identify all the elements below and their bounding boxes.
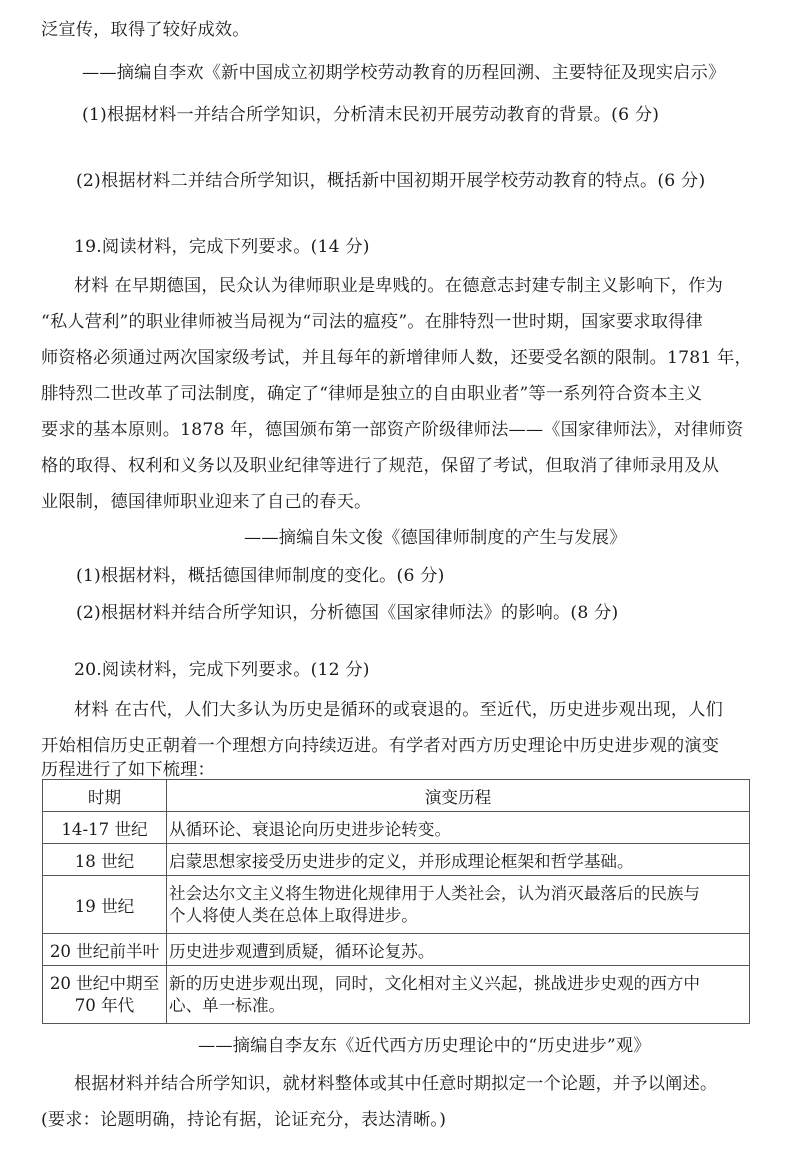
table-cell-process: 从循环论、衰退论向历史进步论转变。 xyxy=(167,812,750,844)
q19-sub2: (2)根据材料并结合所学知识，分析德国《国家律师法》的影响。(8 分) xyxy=(76,603,618,623)
q19-material-line: 业限制，德国律师职业迎来了自己的春天。 xyxy=(41,492,371,512)
table-cell-line: 社会达尔文主义将生物进化规律用于人类社会，认为消灭最落后的民族与 xyxy=(169,883,749,905)
table-cell-process: 历史进步观遭到质疑，循环论复苏。 xyxy=(167,934,750,966)
table-cell-line: 个人将使人类在总体上取得进步。 xyxy=(169,905,749,927)
q19-material-line: 材料 在早期德国，民众认为律师职业是卑贱的。在德意志封建专制主义影响下，作为 xyxy=(74,276,723,296)
q19-material-line: 格的取得、权利和义务以及职业纪律等进行了规范，保留了考试，但取消了律师录用及从 xyxy=(41,456,719,476)
table-cell-process: 新的历史进步观出现，同时，文化相对主义兴起，挑战进步史观的西方中 心、单一标准。 xyxy=(167,966,750,1024)
q19-material-line: 腓特烈二世改革了司法制度，确定了“律师是独立的自由职业者”等一系列符合资本主义 xyxy=(41,384,702,404)
q20-title: 20.阅读材料，完成下列要求。(12 分) xyxy=(74,660,370,680)
q20-prompt: 根据材料并结合所学知识，就材料整体或其中任意时期拟定一个论题，并予以阐述。 xyxy=(74,1074,717,1094)
table-cell-process: 启蒙思想家接受历史进步的定义，并形成理论框架和哲学基础。 xyxy=(167,844,750,876)
q20-material-line: 开始相信历史正朝着一个理想方向持续迈进。有学者对西方历史理论中历史进步观的演变 xyxy=(41,736,719,756)
table-cell-line: 心、单一标准。 xyxy=(169,995,749,1017)
table-cell-line: 20 世纪中期至 xyxy=(43,973,166,995)
q20-source: ——摘编自李友东《近代西方历史理论中的“历史进步”观》 xyxy=(198,1036,651,1056)
table-cell-period: 14-17 世纪 xyxy=(43,812,167,844)
q20-material-line: 历程进行了如下梳理： xyxy=(41,760,215,780)
table-row: 20 世纪中期至 70 年代 新的历史进步观出现，同时，文化相对主义兴起，挑战进… xyxy=(43,966,750,1024)
table-row: 14-17 世纪 从循环论、衰退论向历史进步论转变。 xyxy=(43,812,750,844)
q19-sub1: (1)根据材料，概括德国律师制度的变化。(6 分) xyxy=(76,566,445,586)
table-header-process: 演变历程 xyxy=(167,780,750,812)
table-row: 19 世纪 社会达尔文主义将生物进化规律用于人类社会，认为消灭最落后的民族与 个… xyxy=(43,876,750,934)
table-cell-period: 20 世纪中期至 70 年代 xyxy=(43,966,167,1024)
q18-sub1: (1)根据材料一并结合所学知识，分析清末民初开展劳动教育的背景。(6 分) xyxy=(82,105,659,125)
q19-material-line: 师资格必须通过两次国家级考试，并且每年的新增律师人数，还要受名额的限制。1781… xyxy=(41,348,752,368)
q18-source: ——摘编自李欢《新中国成立初期学校劳动教育的历程回溯、主要特征及现实启示》 xyxy=(82,63,725,83)
q19-material-line: “私人营利”的职业律师被当局视为“司法的瘟疫”。在腓特烈一世时期，国家要求取得律 xyxy=(41,312,703,332)
progress-view-table: 时期 演变历程 14-17 世纪 从循环论、衰退论向历史进步论转变。 18 世纪… xyxy=(42,779,750,1024)
table-header-row: 时期 演变历程 xyxy=(43,780,750,812)
table-cell-line: 70 年代 xyxy=(43,995,166,1017)
table-header-period: 时期 xyxy=(43,780,167,812)
q18-material-end: 泛宣传，取得了较好成效。 xyxy=(41,20,250,40)
table-cell-period: 18 世纪 xyxy=(43,844,167,876)
q19-source: ——摘编自朱文俊《德国律师制度的产生与发展》 xyxy=(244,528,627,548)
q19-material-line: 要求的基本原则。1878 年，德国颁布第一部资产阶级律师法——《国家律师法》，对… xyxy=(41,420,743,440)
q20-requirement: (要求：论题明确，持论有据，论证充分，表达清晰。) xyxy=(41,1110,446,1130)
q18-sub2: (2)根据材料二并结合所学知识，概括新中国初期开展学校劳动教育的特点。(6 分) xyxy=(76,171,705,191)
table-row: 20 世纪前半叶 历史进步观遭到质疑，循环论复苏。 xyxy=(43,934,750,966)
q20-material-line: 材料 在古代，人们大多认为历史是循环的或衰退的。至近代，历史进步观出现，人们 xyxy=(74,700,723,720)
q19-title: 19.阅读材料，完成下列要求。(14 分) xyxy=(74,237,370,257)
table-cell-line: 新的历史进步观出现，同时，文化相对主义兴起，挑战进步史观的西方中 xyxy=(169,973,749,995)
table-row: 18 世纪 启蒙思想家接受历史进步的定义，并形成理论框架和哲学基础。 xyxy=(43,844,750,876)
table-cell-process: 社会达尔文主义将生物进化规律用于人类社会，认为消灭最落后的民族与 个人将使人类在… xyxy=(167,876,750,934)
table-cell-period: 20 世纪前半叶 xyxy=(43,934,167,966)
table-cell-period: 19 世纪 xyxy=(43,876,167,934)
